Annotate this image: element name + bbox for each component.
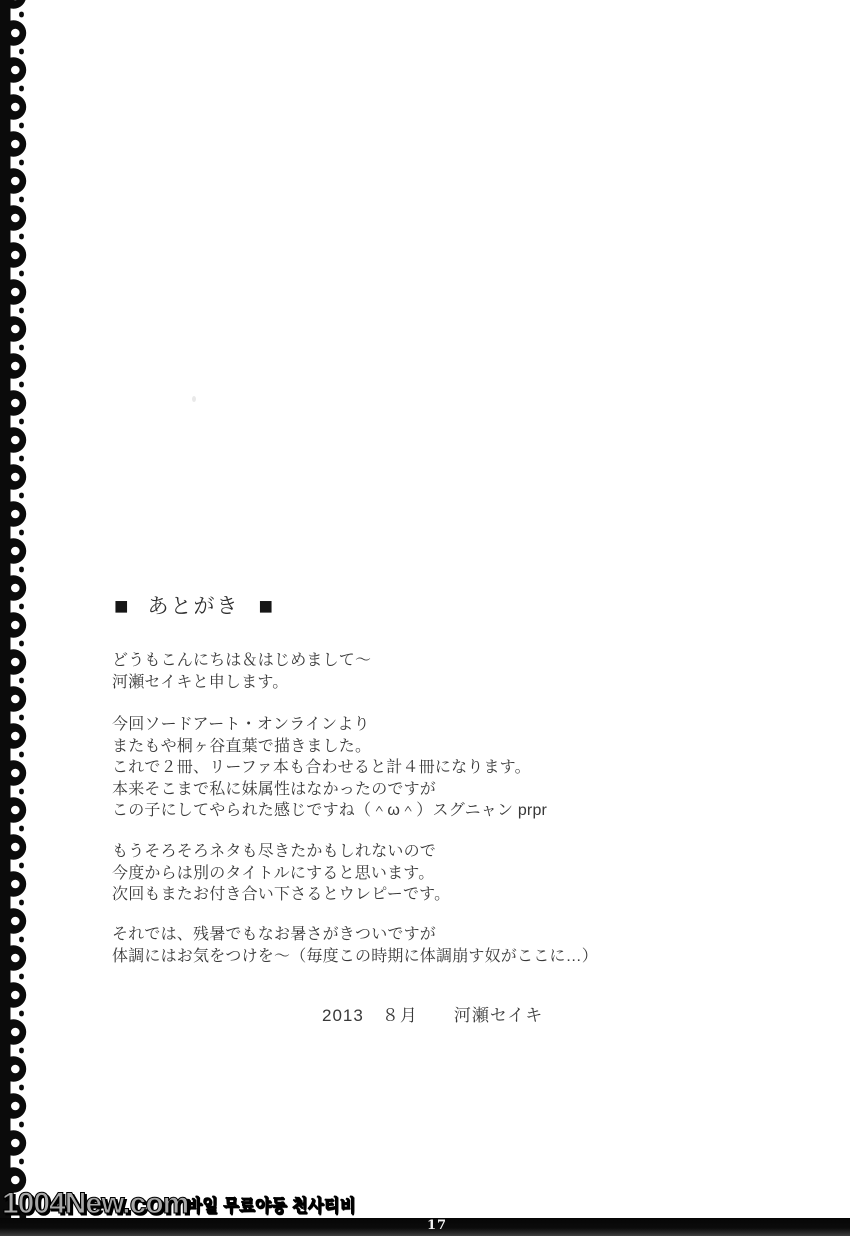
square-bullet-icon: ■ <box>259 595 274 619</box>
lace-border-decoration <box>0 0 34 1236</box>
scanned-page: ■ あとがき ■ どうもこんにちは＆はじめまして～ 河瀬セイキと申します。 今回… <box>0 0 850 1236</box>
afterword-paragraph-closing: それでは、残暑でもなお暑さがきついですが 体調にはお気をつけを～（毎度この時期に… <box>112 924 598 967</box>
afterword-paragraph-next-title: もうそろそろネタも尽きたかもしれないので 今度からは別のタイトルにすると思います… <box>112 841 450 906</box>
afterword-paragraph-greeting: どうもこんにちは＆はじめまして～ 河瀬セイキと申します。 <box>112 650 371 693</box>
watermark: 1004New.com 바일 무료야동 천사티비 <box>2 1186 356 1222</box>
watermark-site-text: 1004New.com <box>2 1187 188 1221</box>
page-number: 17 <box>427 1219 447 1232</box>
afterword-heading-text: あとがき <box>148 594 240 620</box>
square-bullet-icon: ■ <box>114 595 129 619</box>
watermark-korean-text: 바일 무료야동 천사티비 <box>186 1191 355 1216</box>
afterword-heading: ■ あとがき ■ <box>114 594 273 620</box>
date-signature: 2013 ８月 河瀬セイキ <box>322 1005 543 1027</box>
scan-speck <box>192 396 196 402</box>
afterword-paragraph-book-notes: 今回ソードアート・オンラインより またもや桐ヶ谷直葉で描きました。 これで２冊、… <box>112 714 547 822</box>
